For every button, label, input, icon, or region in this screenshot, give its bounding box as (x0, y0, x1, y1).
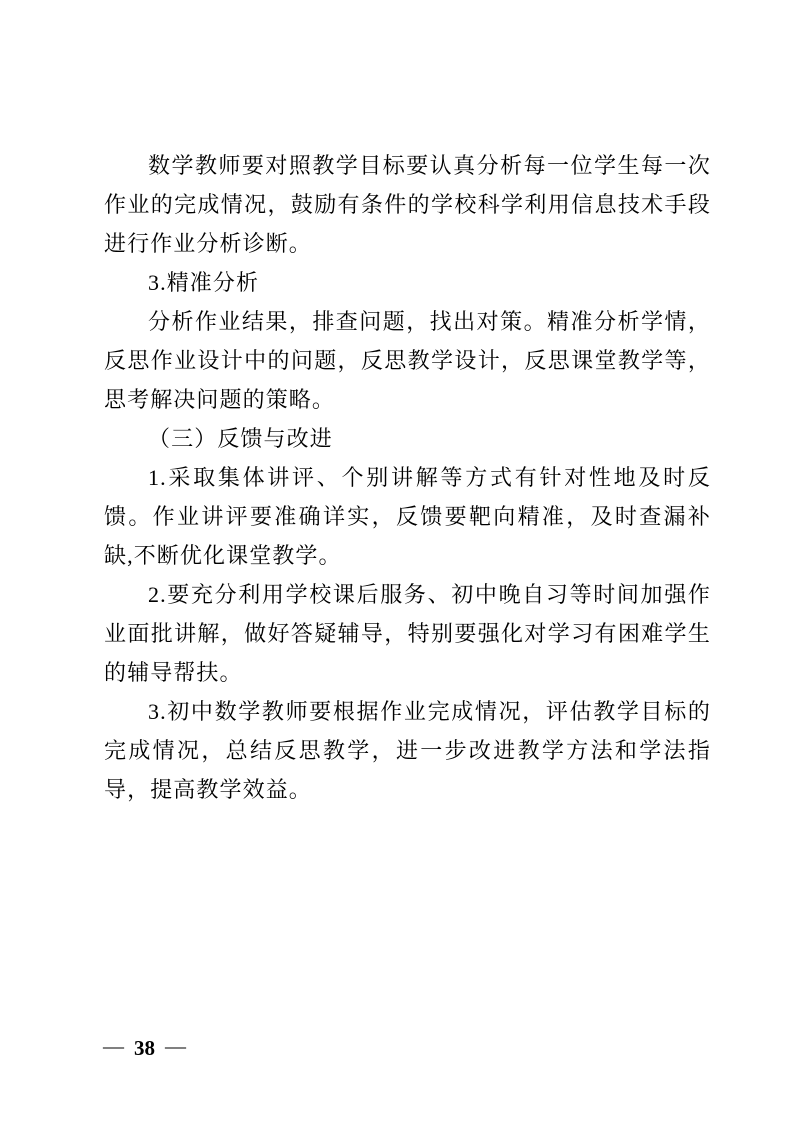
page-number: 38 (134, 1036, 155, 1060)
paragraph-homework-analysis: 数学教师要对照教学目标要认真分析每一位学生每一次作业的完成情况，鼓励有条件的学校… (104, 146, 711, 263)
section-heading-precise-analysis: 3.精准分析 (104, 263, 711, 302)
document-page: 数学教师要对照教学目标要认真分析每一位学生每一次作业的完成情况，鼓励有条件的学校… (0, 0, 794, 1123)
paragraph-feedback-item-1: 1.采取集体讲评、个别讲解等方式有针对性地及时反馈。作业讲评要准确详实，反馈要靶… (104, 458, 711, 575)
paragraph-feedback-item-2: 2.要充分利用学校课后服务、初中晚自习等时间加强作业面批讲解，做好答疑辅导，特别… (104, 575, 711, 692)
section-heading-feedback-improvement: （三）反馈与改进 (104, 419, 711, 458)
page-footer: —38— (103, 1033, 186, 1063)
footer-dash-right: — (165, 1034, 186, 1058)
paragraph-feedback-item-3: 3.初中数学教师要根据作业完成情况，评估教学目标的完成情况，总结反思教学，进一步… (104, 692, 711, 809)
paragraph-precise-analysis-detail: 分析作业结果，排查问题，找出对策。精准分析学情，反思作业设计中的问题，反思教学设… (104, 302, 711, 419)
document-body: 数学教师要对照教学目标要认真分析每一位学生每一次作业的完成情况，鼓励有条件的学校… (104, 146, 711, 809)
footer-dash-left: — (103, 1034, 124, 1058)
